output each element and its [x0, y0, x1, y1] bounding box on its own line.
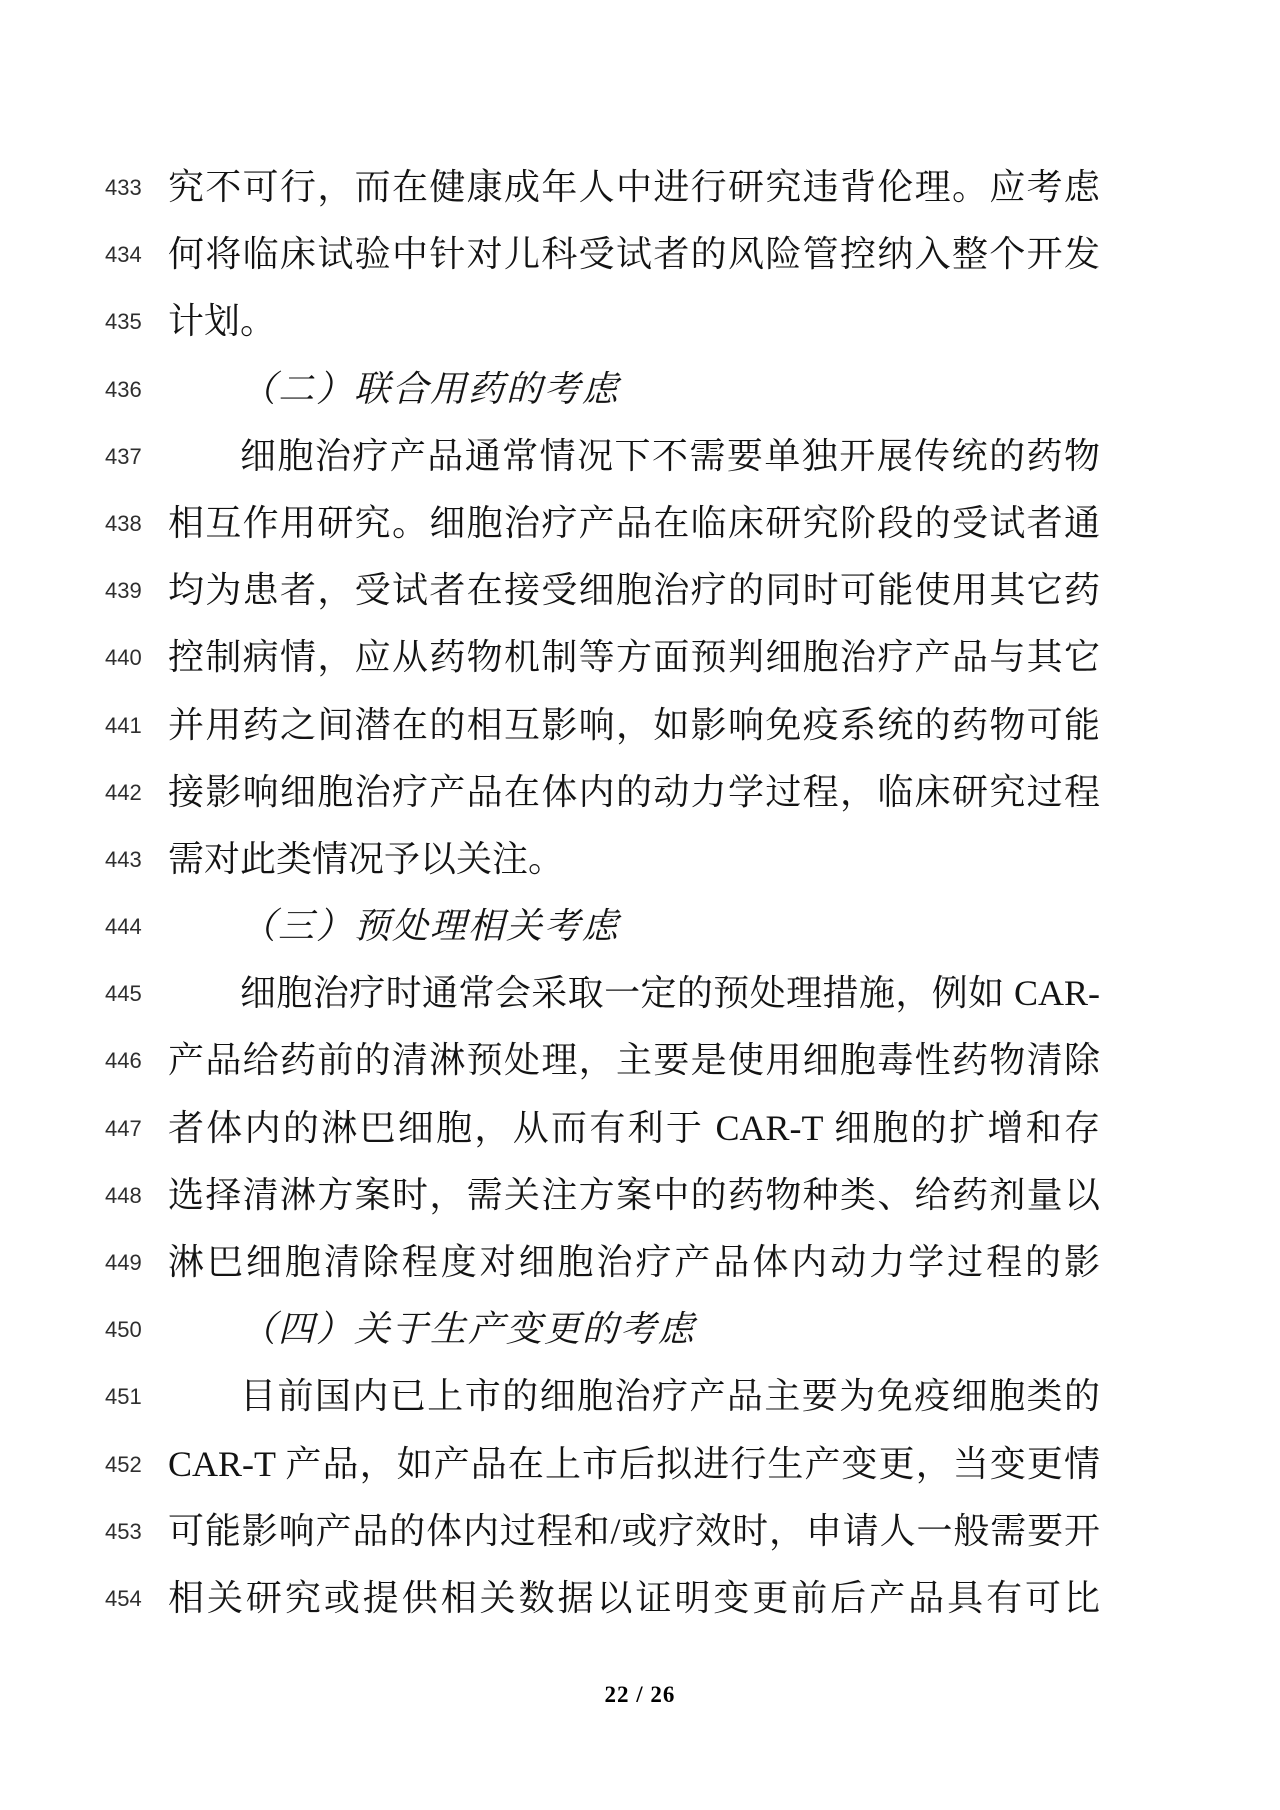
line-number: 433 [105, 154, 142, 221]
document-line-row: 437 细胞治疗产品通常情况下不需要单独开展传统的药物 [0, 423, 1280, 490]
line-text: 需对此类情况予以关注。 [168, 826, 1100, 893]
document-line-row: 444 （三）预处理相关考虑 [0, 893, 1280, 960]
line-number: 438 [105, 490, 142, 557]
line-text: 细胞治疗时通常会采取一定的预处理措施，例如 CAR-T [168, 960, 1100, 1027]
line-text: 可能影响产品的体内过程和/或疗效时，申请人一般需要开展 [168, 1498, 1100, 1565]
document-line-row: 439 均为患者，受试者在接受细胞治疗的同时可能使用其它药物 [0, 557, 1280, 624]
document-line-row: 443 需对此类情况予以关注。 [0, 826, 1280, 893]
line-number: 449 [105, 1229, 142, 1296]
document-line-row: 451 目前国内已上市的细胞治疗产品主要为免疫细胞类的 [0, 1363, 1280, 1430]
line-text: 细胞治疗产品通常情况下不需要单独开展传统的药物 [168, 423, 1100, 490]
line-text: CAR-T 产品，如产品在上市后拟进行生产变更，当变更情况 [168, 1431, 1100, 1498]
document-line-row: 450 （四）关于生产变更的考虑 [0, 1296, 1280, 1363]
line-number: 435 [105, 288, 142, 355]
line-number: 454 [105, 1565, 142, 1632]
line-text: 控制病情，应从药物机制等方面预判细胞治疗产品与其它合 [168, 624, 1100, 691]
line-number: 452 [105, 1431, 142, 1498]
line-text: （三）预处理相关考虑 [168, 893, 1100, 960]
line-number: 453 [105, 1498, 142, 1565]
line-text: （二）联合用药的考虑 [168, 356, 1100, 423]
line-text: 究不可行，而在健康成年人中进行研究违背伦理。应考虑如 [168, 154, 1100, 221]
line-number: 450 [105, 1296, 142, 1363]
line-number: 434 [105, 221, 142, 288]
line-text: 者体内的淋巴细胞，从而有利于 CAR-T 细胞的扩增和存活。 [168, 1095, 1100, 1162]
line-text: 何将临床试验中针对儿科受试者的风险管控纳入整个开发 [168, 221, 1100, 288]
line-number: 440 [105, 624, 142, 691]
line-text: 均为患者，受试者在接受细胞治疗的同时可能使用其它药物 [168, 557, 1100, 624]
document-line-row: 440 控制病情，应从药物机制等方面预判细胞治疗产品与其它合 [0, 624, 1280, 691]
line-number: 446 [105, 1027, 142, 1094]
line-number: 445 [105, 960, 142, 1027]
document-line-row: 447 者体内的淋巴细胞，从而有利于 CAR-T 细胞的扩增和存活。 [0, 1095, 1280, 1162]
document-body: 433 究不可行，而在健康成年人中进行研究违背伦理。应考虑如 434 何将临床试… [0, 154, 1280, 1632]
line-number: 451 [105, 1363, 142, 1430]
document-line-row: 453 可能影响产品的体内过程和/或疗效时，申请人一般需要开展 [0, 1498, 1280, 1565]
document-line-row: 438 相互作用研究。细胞治疗产品在临床研究阶段的受试者通常 [0, 490, 1280, 557]
document-line-row: 436 （二）联合用药的考虑 [0, 356, 1280, 423]
document-line-row: 449 淋巴细胞清除程度对细胞治疗产品体内动力学过程的影响。 [0, 1229, 1280, 1296]
line-number: 448 [105, 1162, 142, 1229]
line-text: 目前国内已上市的细胞治疗产品主要为免疫细胞类的 [168, 1363, 1100, 1430]
document-line-row: 435 计划。 [0, 288, 1280, 355]
page-number: 22 / 26 [605, 1682, 676, 1707]
line-text: 产品给药前的清淋预处理，主要是使用细胞毒性药物清除患 [168, 1027, 1100, 1094]
line-text: 选择清淋方案时，需关注方案中的药物种类、给药剂量以及 [168, 1162, 1100, 1229]
line-text: 淋巴细胞清除程度对细胞治疗产品体内动力学过程的影响。 [168, 1229, 1100, 1296]
line-number: 447 [105, 1095, 142, 1162]
document-line-row: 434 何将临床试验中针对儿科受试者的风险管控纳入整个开发 [0, 221, 1280, 288]
line-number: 443 [105, 826, 142, 893]
line-text: 并用药之间潜在的相互影响，如影响免疫系统的药物可能间 [168, 692, 1100, 759]
line-text: （四）关于生产变更的考虑 [168, 1296, 1100, 1363]
line-number: 442 [105, 759, 142, 826]
line-number: 436 [105, 356, 142, 423]
document-page: 433 究不可行，而在健康成年人中进行研究违背伦理。应考虑如 434 何将临床试… [0, 0, 1280, 1810]
line-number: 441 [105, 692, 142, 759]
line-text: 相关研究或提供相关数据以证明变更前后产品具有可比性。 [168, 1565, 1100, 1632]
line-text: 计划。 [168, 288, 1100, 355]
page-footer: 22 / 26 [0, 1682, 1280, 1708]
document-line-row: 454 相关研究或提供相关数据以证明变更前后产品具有可比性。 [0, 1565, 1280, 1632]
document-line-row: 442 接影响细胞治疗产品在体内的动力学过程，临床研究过程中 [0, 759, 1280, 826]
line-text: 接影响细胞治疗产品在体内的动力学过程，临床研究过程中 [168, 759, 1100, 826]
document-line-row: 433 究不可行，而在健康成年人中进行研究违背伦理。应考虑如 [0, 154, 1280, 221]
line-number: 444 [105, 893, 142, 960]
line-number: 437 [105, 423, 142, 490]
document-line-row: 445 细胞治疗时通常会采取一定的预处理措施，例如 CAR-T [0, 960, 1280, 1027]
document-line-row: 448 选择清淋方案时，需关注方案中的药物种类、给药剂量以及 [0, 1162, 1280, 1229]
document-line-row: 441 并用药之间潜在的相互影响，如影响免疫系统的药物可能间 [0, 692, 1280, 759]
document-line-row: 452 CAR-T 产品，如产品在上市后拟进行生产变更，当变更情况 [0, 1431, 1280, 1498]
document-line-row: 446 产品给药前的清淋预处理，主要是使用细胞毒性药物清除患 [0, 1027, 1280, 1094]
line-text: 相互作用研究。细胞治疗产品在临床研究阶段的受试者通常 [168, 490, 1100, 557]
line-number: 439 [105, 557, 142, 624]
